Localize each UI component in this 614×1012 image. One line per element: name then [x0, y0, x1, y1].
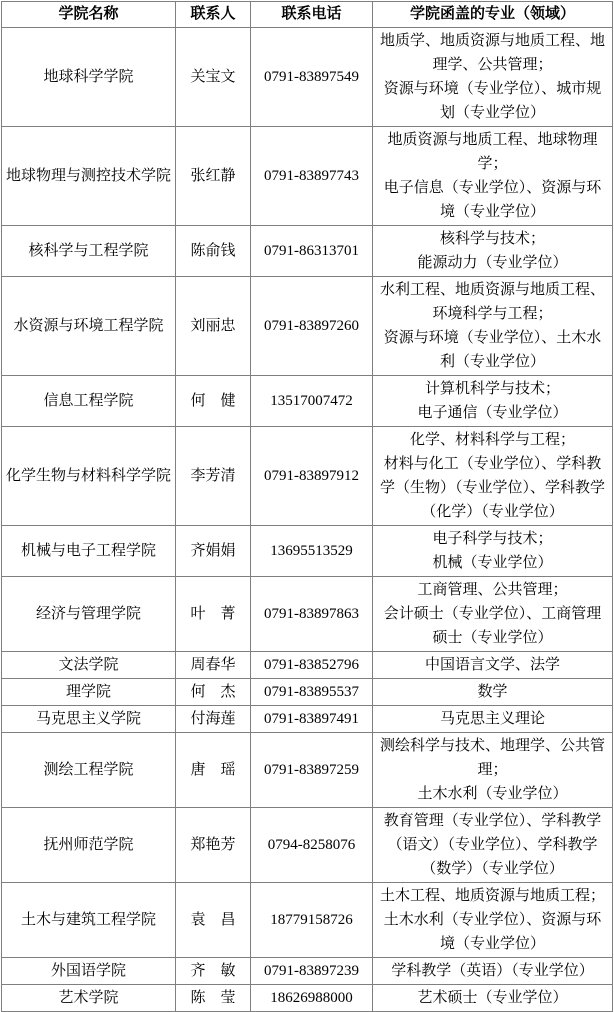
table-row: 测绘工程学院唐 瑶0791-83897259测绘科学与技术、地理学、公共管理；土… — [2, 733, 613, 808]
majors-cell: 核科学与技术；能源动力（专业学位） — [373, 226, 613, 277]
table-row: 信息工程学院何 健13517007472计算机科学与技术；电子通信（专业学位） — [2, 376, 613, 427]
contact-cell: 郑艳芳 — [176, 808, 251, 883]
majors-line: 工商管理、公共管理； — [378, 578, 607, 602]
contact-cell: 陈俞钱 — [176, 226, 251, 277]
majors-line: 艺术硕士（专业学位） — [378, 986, 607, 1010]
header-phone: 联系电话 — [251, 2, 373, 28]
majors-line: 电子通信（专业学位） — [378, 401, 607, 425]
college-cell: 经济与管理学院 — [2, 577, 176, 652]
phone-cell: 0791-83897259 — [251, 733, 373, 808]
phone-cell: 0791-83895537 — [251, 679, 373, 706]
phone-cell: 0791-83897260 — [251, 277, 373, 376]
phone-cell: 0791-83897549 — [251, 28, 373, 127]
table-row: 核科学与工程学院陈俞钱0791-86313701核科学与技术；能源动力（专业学位… — [2, 226, 613, 277]
document-page: 学院名称 联系人 联系电话 学院函盖的专业（领域） 地球科学学院关宝文0791-… — [0, 0, 614, 1012]
phone-cell: 0791-83897743 — [251, 127, 373, 226]
majors-line: 学科教学（英语）（专业学位） — [378, 959, 607, 983]
contact-cell: 陈 莹 — [176, 985, 251, 1012]
majors-line: 机械（专业学位） — [378, 551, 607, 575]
phone-cell: 0794-8258076 — [251, 808, 373, 883]
majors-line: 马克思主义理论 — [378, 707, 607, 731]
table-row: 艺术学院陈 莹18626988000艺术硕士（专业学位） — [2, 985, 613, 1012]
contact-cell: 叶 菁 — [176, 577, 251, 652]
phone-cell: 0791-83897912 — [251, 427, 373, 526]
majors-line: 教育管理（专业学位）、学科教学（语文）（专业学位）、学科教学（数学）（专业学位） — [378, 809, 607, 881]
majors-cell: 工商管理、公共管理；会计硕士（专业学位）、工商管理硕士（专业学位） — [373, 577, 613, 652]
college-contact-table: 学院名称 联系人 联系电话 学院函盖的专业（领域） 地球科学学院关宝文0791-… — [1, 1, 613, 1012]
college-cell: 抚州师范学院 — [2, 808, 176, 883]
table-row: 马克思主义学院付海莲0791-83897491马克思主义理论 — [2, 706, 613, 733]
majors-line: 化学、材料科学与工程； — [378, 428, 607, 452]
header-majors: 学院函盖的专业（领域） — [373, 2, 613, 28]
majors-line: 中国语言文学、法学 — [378, 653, 607, 677]
college-cell: 机械与电子工程学院 — [2, 526, 176, 577]
phone-cell: 13695513529 — [251, 526, 373, 577]
header-contact: 联系人 — [176, 2, 251, 28]
table-row: 机械与电子工程学院齐娟娟13695513529电子科学与技术；机械（专业学位） — [2, 526, 613, 577]
contact-cell: 周春华 — [176, 652, 251, 679]
college-cell: 理学院 — [2, 679, 176, 706]
college-cell: 艺术学院 — [2, 985, 176, 1012]
contact-cell: 袁 昌 — [176, 883, 251, 958]
majors-line: 地质资源与地质工程、地球物理学； — [378, 128, 607, 176]
phone-cell: 13517007472 — [251, 376, 373, 427]
majors-cell: 中国语言文学、法学 — [373, 652, 613, 679]
contact-cell: 付海莲 — [176, 706, 251, 733]
college-cell: 马克思主义学院 — [2, 706, 176, 733]
phone-cell: 0791-83852796 — [251, 652, 373, 679]
college-cell: 地球物理与测控技术学院 — [2, 127, 176, 226]
majors-cell: 土木工程、地质资源与地质工程；土木水利（专业学位）、资源与环境（专业学位） — [373, 883, 613, 958]
majors-cell: 地质资源与地质工程、地球物理学；电子信息（专业学位）、资源与环境（专业学位） — [373, 127, 613, 226]
majors-line: 数学 — [378, 680, 607, 704]
table-row: 外国语学院齐 敏0791-83897239学科教学（英语）（专业学位） — [2, 958, 613, 985]
college-cell: 外国语学院 — [2, 958, 176, 985]
contact-cell: 刘丽忠 — [176, 277, 251, 376]
majors-line: 电子科学与技术； — [378, 527, 607, 551]
majors-line: 土木水利（专业学位） — [378, 782, 607, 806]
majors-line: 资源与环境（专业学位）、土木水利（专业学位） — [378, 326, 607, 374]
table-row: 地球物理与测控技术学院张红静0791-83897743地质资源与地质工程、地球物… — [2, 127, 613, 226]
majors-line: 资源与环境（专业学位）、城市规划（专业学位） — [378, 77, 607, 125]
phone-cell: 18626988000 — [251, 985, 373, 1012]
majors-line: 测绘科学与技术、地理学、公共管理； — [378, 734, 607, 782]
majors-cell: 艺术硕士（专业学位） — [373, 985, 613, 1012]
majors-line: 计算机科学与技术； — [378, 377, 607, 401]
majors-line: 材料与化工（专业学位）、学科教学（生物）（专业学位）、学科教学（化学）（专业学位… — [378, 452, 607, 524]
header-row: 学院名称 联系人 联系电话 学院函盖的专业（领域） — [2, 2, 613, 28]
college-cell: 测绘工程学院 — [2, 733, 176, 808]
majors-cell: 水利工程、地质资源与地质工程、环境科学与工程；资源与环境（专业学位）、土木水利（… — [373, 277, 613, 376]
college-cell: 信息工程学院 — [2, 376, 176, 427]
table-row: 水资源与环境工程学院刘丽忠0791-83897260水利工程、地质资源与地质工程… — [2, 277, 613, 376]
majors-line: 水利工程、地质资源与地质工程、环境科学与工程； — [378, 278, 607, 326]
majors-cell: 电子科学与技术；机械（专业学位） — [373, 526, 613, 577]
contact-cell: 唐 瑶 — [176, 733, 251, 808]
contact-cell: 关宝文 — [176, 28, 251, 127]
contact-cell: 何 杰 — [176, 679, 251, 706]
table-row: 文法学院周春华0791-83852796中国语言文学、法学 — [2, 652, 613, 679]
college-cell: 核科学与工程学院 — [2, 226, 176, 277]
majors-line: 核科学与技术； — [378, 227, 607, 251]
table-header: 学院名称 联系人 联系电话 学院函盖的专业（领域） — [2, 2, 613, 28]
majors-cell: 数学 — [373, 679, 613, 706]
phone-cell: 0791-83897491 — [251, 706, 373, 733]
phone-cell: 18779158726 — [251, 883, 373, 958]
contact-cell: 李芳清 — [176, 427, 251, 526]
phone-cell: 0791-83897239 — [251, 958, 373, 985]
college-cell: 水资源与环境工程学院 — [2, 277, 176, 376]
majors-line: 电子信息（专业学位）、资源与环境（专业学位） — [378, 176, 607, 224]
contact-cell: 张红静 — [176, 127, 251, 226]
contact-cell: 齐娟娟 — [176, 526, 251, 577]
majors-cell: 测绘科学与技术、地理学、公共管理；土木水利（专业学位） — [373, 733, 613, 808]
table-row: 化学生物与材料科学学院李芳清0791-83897912化学、材料科学与工程；材料… — [2, 427, 613, 526]
header-college: 学院名称 — [2, 2, 176, 28]
college-cell: 土木与建筑工程学院 — [2, 883, 176, 958]
majors-cell: 地质学、地质资源与地质工程、地理学、公共管理；资源与环境（专业学位）、城市规划（… — [373, 28, 613, 127]
majors-cell: 学科教学（英语）（专业学位） — [373, 958, 613, 985]
phone-cell: 0791-83897863 — [251, 577, 373, 652]
contact-cell: 齐 敏 — [176, 958, 251, 985]
majors-line: 土木工程、地质资源与地质工程； — [378, 884, 607, 908]
table-row: 土木与建筑工程学院袁 昌18779158726土木工程、地质资源与地质工程；土木… — [2, 883, 613, 958]
majors-cell: 计算机科学与技术；电子通信（专业学位） — [373, 376, 613, 427]
table-row: 地球科学学院关宝文0791-83897549地质学、地质资源与地质工程、地理学、… — [2, 28, 613, 127]
contact-cell: 何 健 — [176, 376, 251, 427]
majors-line: 会计硕士（专业学位）、工商管理硕士（专业学位） — [378, 602, 607, 650]
college-cell: 化学生物与材料科学学院 — [2, 427, 176, 526]
majors-cell: 马克思主义理论 — [373, 706, 613, 733]
table-row: 经济与管理学院叶 菁0791-83897863工商管理、公共管理；会计硕士（专业… — [2, 577, 613, 652]
majors-cell: 教育管理（专业学位）、学科教学（语文）（专业学位）、学科教学（数学）（专业学位） — [373, 808, 613, 883]
table-body: 地球科学学院关宝文0791-83897549地质学、地质资源与地质工程、地理学、… — [2, 28, 613, 1012]
phone-cell: 0791-86313701 — [251, 226, 373, 277]
college-cell: 文法学院 — [2, 652, 176, 679]
majors-line: 地质学、地质资源与地质工程、地理学、公共管理； — [378, 29, 607, 77]
table-row: 抚州师范学院郑艳芳0794-8258076教育管理（专业学位）、学科教学（语文）… — [2, 808, 613, 883]
majors-cell: 化学、材料科学与工程；材料与化工（专业学位）、学科教学（生物）（专业学位）、学科… — [373, 427, 613, 526]
majors-line: 能源动力（专业学位） — [378, 251, 607, 275]
majors-line: 土木水利（专业学位）、资源与环境（专业学位） — [378, 908, 607, 956]
college-cell: 地球科学学院 — [2, 28, 176, 127]
table-row: 理学院何 杰0791-83895537数学 — [2, 679, 613, 706]
